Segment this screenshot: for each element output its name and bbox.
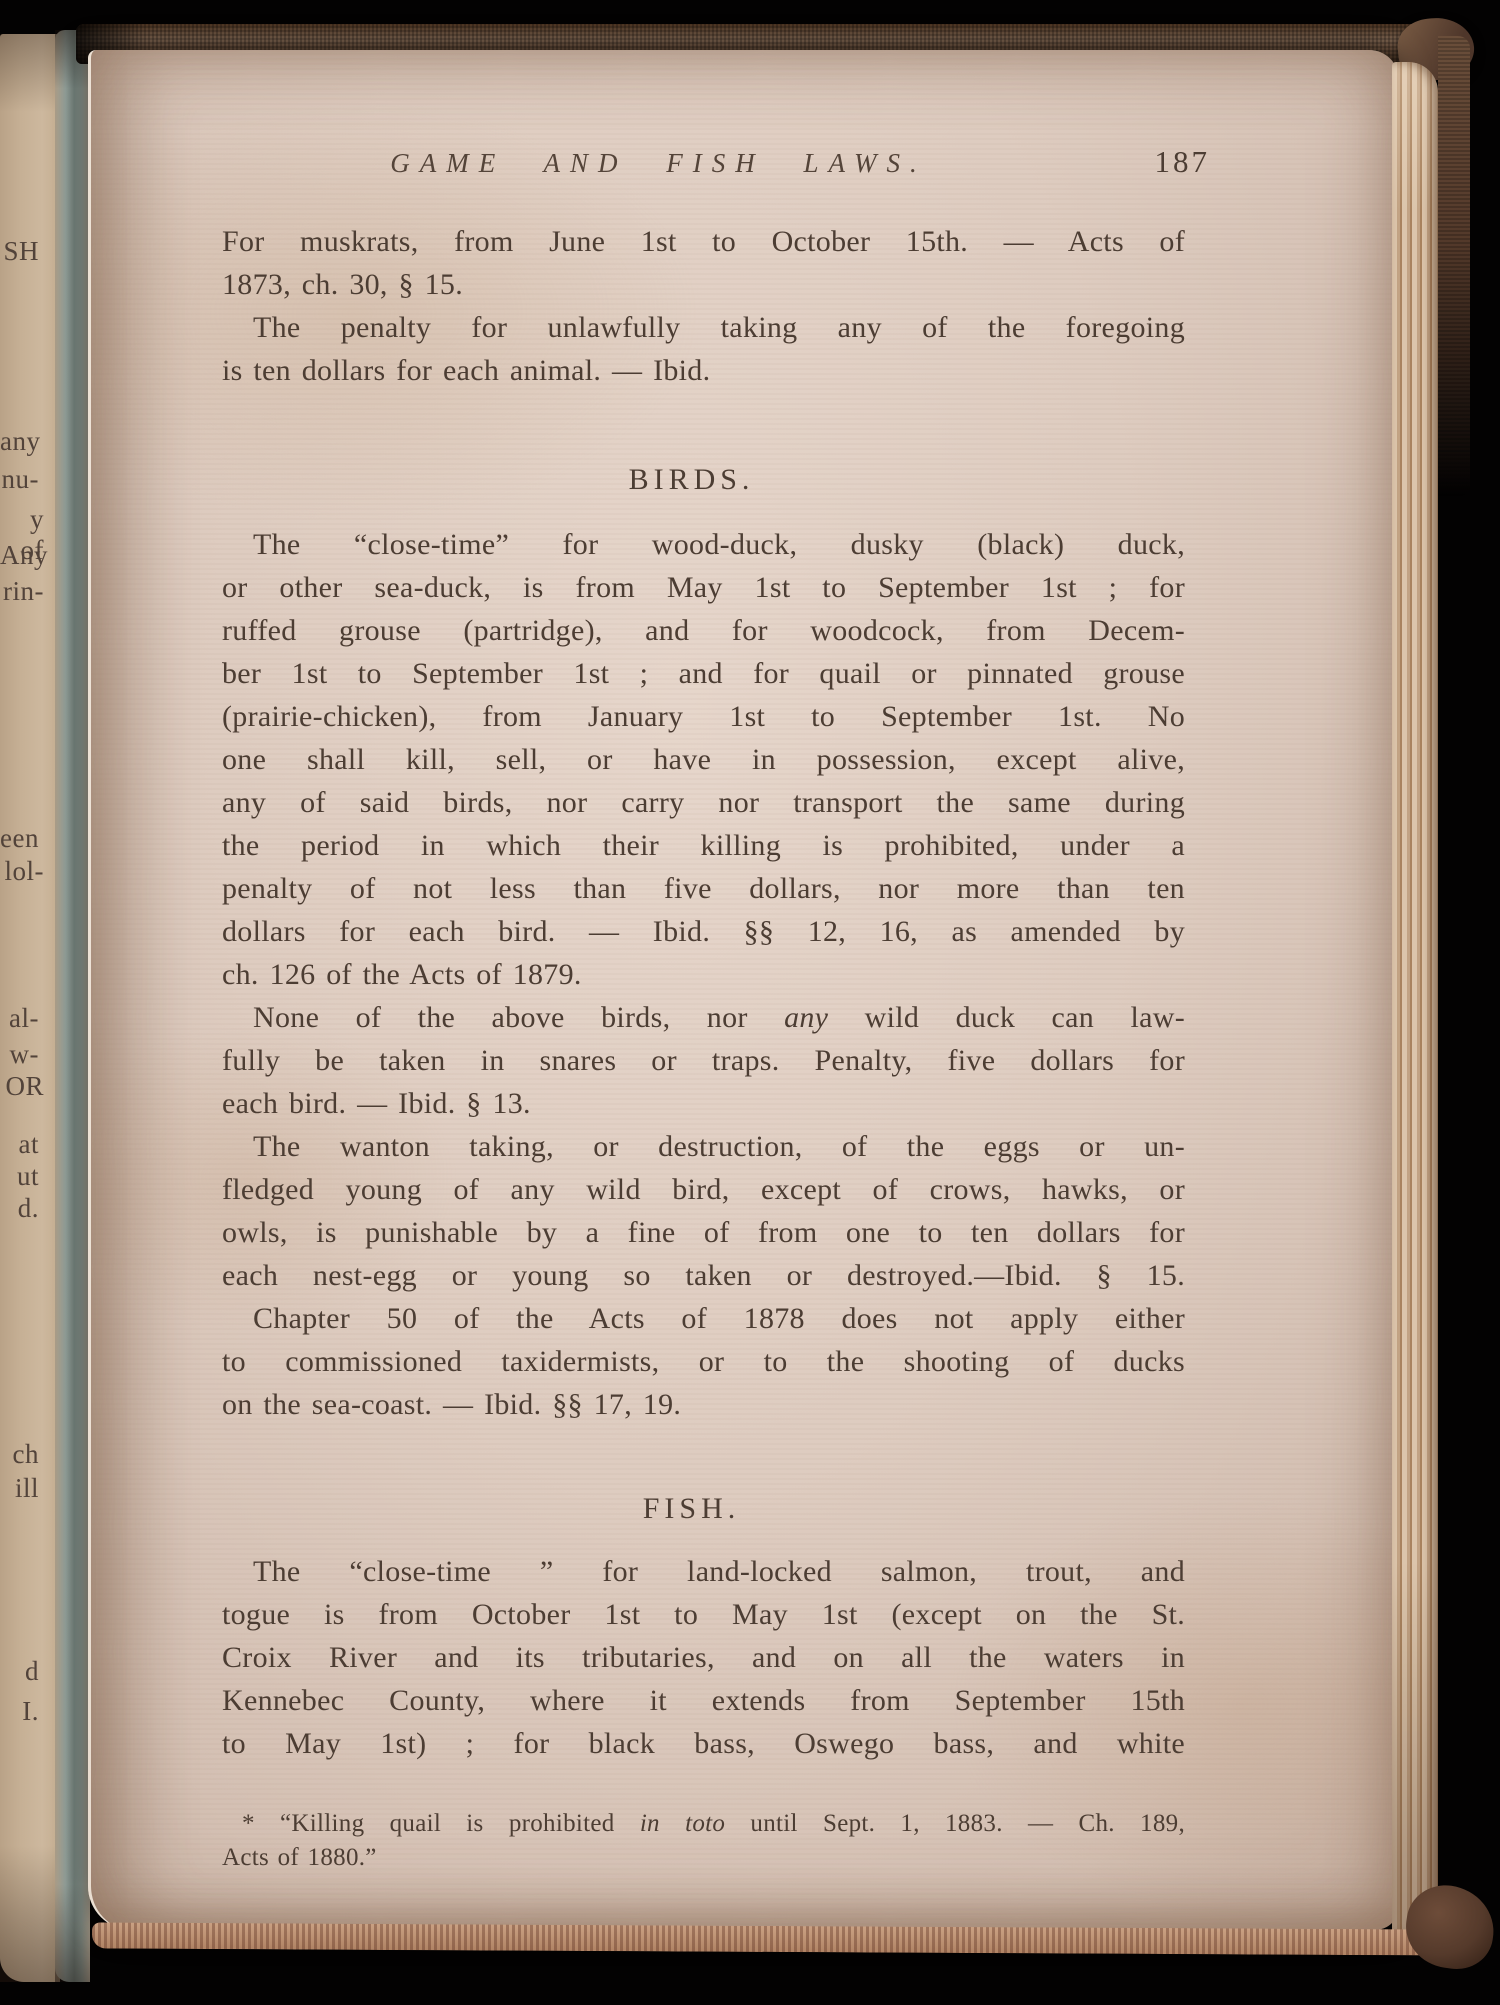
paragraph-muskrats: For muskrats, from June 1st to October 1… <box>222 220 1185 306</box>
book-cover-right-edge <box>1438 36 1470 496</box>
page-deckle-edge <box>55 30 90 1982</box>
page-number: 187 <box>1120 144 1210 180</box>
page-stack-fore-edge <box>1392 62 1438 1936</box>
footnote-quail: * “Killing quail is prohibited in toto u… <box>222 1807 1185 1875</box>
page-text: For muskrats, from June 1st to October 1… <box>222 220 1185 1875</box>
paragraph-birds-close-time: The “close-time” for wood-duck, dusky (b… <box>222 523 1185 996</box>
paragraph-birds-snares: None of the above birds, nor any wild du… <box>222 996 1185 1125</box>
paragraph-birds-taxidermists: Chapter 50 of the Acts of 1878 does not … <box>222 1297 1185 1426</box>
section-heading-fish: FISH. <box>210 1487 1173 1530</box>
paragraph-fish-close-time: The “close-time ” for land-locked salmon… <box>222 1550 1185 1765</box>
paragraph-birds-eggs: The wanton taking, or destruction, of th… <box>222 1125 1185 1297</box>
paragraph-penalty: The penalty for unlawfully taking any of… <box>222 306 1185 392</box>
book-photo: SH any nu- y of Any rin- een lol- al- w-… <box>0 0 1500 2005</box>
running-head: GAME AND FISH LAWS. <box>177 148 1140 179</box>
section-heading-birds: BIRDS. <box>210 458 1173 501</box>
previous-page-edge <box>0 34 60 1982</box>
